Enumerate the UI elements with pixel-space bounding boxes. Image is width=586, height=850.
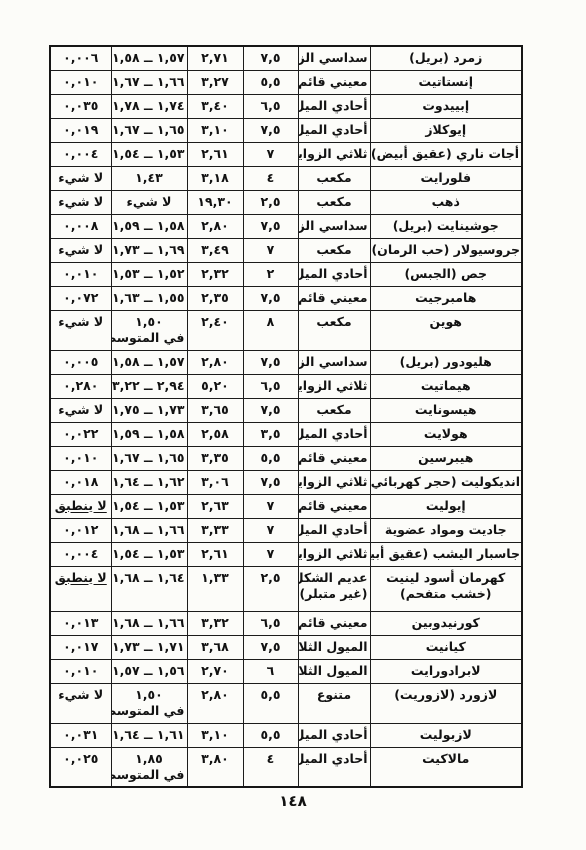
cell-density: ٣,١٨: [187, 166, 243, 190]
cell-refractive-index: لا شيء: [111, 190, 187, 214]
cell-density: ٢,٨٠: [187, 350, 243, 374]
cell-mineral-name: فلورايت: [370, 166, 522, 190]
cell-mineral-name: كهرمان أسود لينيت(خشب متفحم): [370, 566, 522, 611]
cell-hardness: ٤: [243, 166, 298, 190]
cell-mineral-name: انديكوليت (حجر كهربائي): [370, 470, 522, 494]
cell-mineral-name: إيوليت: [370, 494, 522, 518]
cell-birefringence: ٠,٠١٠: [50, 70, 111, 94]
cell-density: ٢,٥٨: [187, 422, 243, 446]
cell-crystal-system: مكعب: [298, 190, 370, 214]
cell-density: ٣,٤٠: [187, 94, 243, 118]
cell-crystal-system: أحادي الميل: [298, 723, 370, 747]
cell-mineral-name: مالاكيت: [370, 747, 522, 787]
cell-mineral-name: إنستاتيت: [370, 70, 522, 94]
mineral-row: هوينمكعب٨٢,٤٠١,٥٠في المتوسطلا شيء: [50, 310, 522, 350]
mineral-row: جروسيولار (حب الرمان)مكعب٧٣,٤٩١,٦٩ ــ ١,…: [50, 238, 522, 262]
mineral-row: زمرد (بريل)سداسي الزوايا٧,٥٢,٧١١,٥٧ ــ ١…: [50, 46, 522, 70]
cell-birefringence: ٠,٠١٣: [50, 611, 111, 635]
cell-birefringence: ٠,٠٠٤: [50, 542, 111, 566]
cell-crystal-system: أحادي الميل: [298, 118, 370, 142]
cell-birefringence: ٠,٢٨٠: [50, 374, 111, 398]
cell-mineral-name: إيوكلاز: [370, 118, 522, 142]
cell-crystal-system: عديم الشكل(غير متبلر): [298, 566, 370, 611]
cell-mineral-name: هولايت: [370, 422, 522, 446]
cell-density: ٣,٣٢: [187, 611, 243, 635]
cell-density: ٣,٨٠: [187, 747, 243, 787]
mineral-row: هيسونايتمكعب٧,٥٣,٦٥١,٧٣ ــ ١,٧٥لا شيء: [50, 398, 522, 422]
cell-hardness: ٢: [243, 262, 298, 286]
mineral-row: هليودور (بريل)سداسي الزوايا٧,٥٢,٨٠١,٥٧ ـ…: [50, 350, 522, 374]
cell-mineral-name: جوشينايت (بريل): [370, 214, 522, 238]
cell-birefringence: ٠,٠١٧: [50, 635, 111, 659]
cell-birefringence: لا شيء: [50, 238, 111, 262]
cell-crystal-system: سداسي الزوايا: [298, 350, 370, 374]
cell-birefringence: ٠,٠١٠: [50, 446, 111, 470]
cell-refractive-index: ١,٥٣ ــ ١,٥٤: [111, 142, 187, 166]
cell-refractive-index: ١,٥٧ ــ ١,٥٨: [111, 350, 187, 374]
cell-mineral-name: جص (الجبس): [370, 262, 522, 286]
mineral-row: ذهبمكعب٢,٥١٩,٣٠لا شيءلا شيء: [50, 190, 522, 214]
mineral-row: هولايتأحادي الميل٣,٥٢,٥٨١,٥٨ ــ ١,٥٩٠,٠٢…: [50, 422, 522, 446]
cell-hardness: ٧: [243, 494, 298, 518]
cell-crystal-system: معيني قائم: [298, 611, 370, 635]
cell-birefringence: لا شيء: [50, 398, 111, 422]
mineral-row: لابرادورايتالميول الثلاثة٦٢,٧٠١,٥٦ ــ ١,…: [50, 659, 522, 683]
cell-crystal-system: معيني قائم: [298, 494, 370, 518]
cell-crystal-system: ثلاثي الزوايا: [298, 470, 370, 494]
cell-hardness: ٧: [243, 542, 298, 566]
cell-hardness: ٧,٥: [243, 635, 298, 659]
cell-hardness: ٧,٥: [243, 214, 298, 238]
cell-mineral-name: كورنيدوبين: [370, 611, 522, 635]
cell-refractive-index: ١,٦١ ــ ١,٦٤: [111, 723, 187, 747]
cell-density: ٣,٢٧: [187, 70, 243, 94]
cell-mineral-name: لازورد (لازوريت): [370, 683, 522, 723]
cell-refractive-index: ١,٦٢ ــ ١,٦٤: [111, 470, 187, 494]
cell-density: ٣,١٠: [187, 723, 243, 747]
cell-birefringence: ٠,٠٣١: [50, 723, 111, 747]
cell-birefringence: ٠,٠٢٢: [50, 422, 111, 446]
cell-density: ٢,٧٠: [187, 659, 243, 683]
cell-birefringence: ٠,٠١٩: [50, 118, 111, 142]
cell-birefringence: ٠,٠٧٢: [50, 286, 111, 310]
cell-refractive-index: ١,٦٥ ــ ١,٦٧: [111, 446, 187, 470]
cell-crystal-system: متنوع: [298, 683, 370, 723]
mineral-row: جص (الجبس)أحادي الميل٢٢,٣٢١,٥٢ ــ ١,٥٣٠,…: [50, 262, 522, 286]
cell-refractive-index: ١,٦٤ ــ ١,٦٨: [111, 566, 187, 611]
mineral-row: جاديت ومواد عضويةأحادي الميل٧٣,٣٣١,٦٦ ــ…: [50, 518, 522, 542]
cell-density: ٢,٦١: [187, 542, 243, 566]
cell-mineral-name: جاسبار اليشب (عقيق أبيض): [370, 542, 522, 566]
page-number: ١٤٨: [0, 792, 586, 810]
cell-hardness: ٥,٥: [243, 70, 298, 94]
cell-density: ٣,٦٨: [187, 635, 243, 659]
mineral-row: كورنيدوبينمعيني قائم٦,٥٣,٣٢١,٦٦ ــ ١,٦٨٠…: [50, 611, 522, 635]
cell-birefringence: لا شيء: [50, 190, 111, 214]
cell-birefringence: ٠,٠٣٥: [50, 94, 111, 118]
cell-density: ٥,٢٠: [187, 374, 243, 398]
cell-density: ٣,٦٥: [187, 398, 243, 422]
cell-birefringence: ٠,٠٠٤: [50, 142, 111, 166]
mineral-row: هيماتيتثلاثي الزوايا٦,٥٥,٢٠٢,٩٤ ــ ٣,٢٢٠…: [50, 374, 522, 398]
cell-crystal-system: ثلاثي الزوايا: [298, 542, 370, 566]
cell-mineral-name: لازبوليت: [370, 723, 522, 747]
cell-crystal-system: معيني قائم: [298, 286, 370, 310]
cell-refractive-index: ١,٥٠في المتوسط: [111, 683, 187, 723]
cell-density: ٣,٤٩: [187, 238, 243, 262]
minerals-table-body: زمرد (بريل)سداسي الزوايا٧,٥٢,٧١١,٥٧ ــ ١…: [50, 46, 522, 787]
cell-refractive-index: ١,٥٠في المتوسط: [111, 310, 187, 350]
cell-refractive-index: ١,٥٥ ــ ١,٦٣: [111, 286, 187, 310]
cell-hardness: ٥,٥: [243, 683, 298, 723]
cell-hardness: ٨: [243, 310, 298, 350]
mineral-row: لازورد (لازوريت)متنوع٥,٥٢,٨٠١,٥٠في المتو…: [50, 683, 522, 723]
mineral-row: جوشينايت (بريل)سداسي الزوايا٧,٥٢,٨٠١,٥٨ …: [50, 214, 522, 238]
cell-mineral-name: كيانيت: [370, 635, 522, 659]
cell-density: ١٩,٣٠: [187, 190, 243, 214]
cell-mineral-name: جاديت ومواد عضوية: [370, 518, 522, 542]
mineral-row: إيوليتمعيني قائم٧٢,٦٣١,٥٣ ــ ١,٥٤لا ينطب…: [50, 494, 522, 518]
cell-refractive-index: ١,٥٦ ــ ١,٥٧: [111, 659, 187, 683]
cell-hardness: ٤: [243, 747, 298, 787]
cell-hardness: ٢,٥: [243, 190, 298, 214]
cell-hardness: ٢,٥: [243, 566, 298, 611]
cell-birefringence: ٠,٠٠٥: [50, 350, 111, 374]
cell-birefringence: لا شيء: [50, 166, 111, 190]
cell-mineral-name: هليودور (بريل): [370, 350, 522, 374]
cell-refractive-index: ١,٥٧ ــ ١,٥٨: [111, 46, 187, 70]
mineral-row: إيوكلازأحادي الميل٧,٥٣,١٠١,٦٥ ــ ١,٦٧٠,٠…: [50, 118, 522, 142]
cell-birefringence: لا شيء: [50, 683, 111, 723]
cell-hardness: ٧: [243, 238, 298, 262]
mineral-row: لازبوليتأحادي الميل٥,٥٣,١٠١,٦١ ــ ١,٦٤٠,…: [50, 723, 522, 747]
cell-mineral-name: هيسونايت: [370, 398, 522, 422]
cell-crystal-system: أحادي الميل: [298, 518, 370, 542]
cell-refractive-index: ١,٥٢ ــ ١,٥٣: [111, 262, 187, 286]
cell-hardness: ٦,٥: [243, 374, 298, 398]
cell-hardness: ٧,٥: [243, 398, 298, 422]
cell-density: ٢,٨٠: [187, 214, 243, 238]
cell-density: ٢,٧١: [187, 46, 243, 70]
cell-birefringence: ٠,٠١٠: [50, 659, 111, 683]
cell-refractive-index: ١,٥٨ ــ ١,٥٩: [111, 422, 187, 446]
cell-mineral-name: هوين: [370, 310, 522, 350]
minerals-table: زمرد (بريل)سداسي الزوايا٧,٥٢,٧١١,٥٧ ــ ١…: [49, 45, 523, 788]
cell-birefringence: ٠,٠٢٥: [50, 747, 111, 787]
mineral-row: أجات ناري (عقيق أبيض)ثلاثي الزوايا٧٢,٦١١…: [50, 142, 522, 166]
cell-density: ٢,٤٠: [187, 310, 243, 350]
cell-density: ٢,٦١: [187, 142, 243, 166]
cell-density: ٢,٦٣: [187, 494, 243, 518]
cell-hardness: ٦,٥: [243, 94, 298, 118]
cell-birefringence: ٠,٠٠٦: [50, 46, 111, 70]
cell-hardness: ٧: [243, 518, 298, 542]
cell-refractive-index: ١,٥٨ ــ ١,٥٩: [111, 214, 187, 238]
cell-mineral-name: أجات ناري (عقيق أبيض): [370, 142, 522, 166]
cell-mineral-name: هامبرجيت: [370, 286, 522, 310]
cell-refractive-index: ١,٥٣ ــ ١,٥٤: [111, 494, 187, 518]
cell-mineral-name: جروسيولار (حب الرمان): [370, 238, 522, 262]
cell-mineral-name: لابرادورايت: [370, 659, 522, 683]
cell-crystal-system: مكعب: [298, 398, 370, 422]
mineral-row: كهرمان أسود لينيت(خشب متفحم)عديم الشكل(غ…: [50, 566, 522, 611]
cell-hardness: ٦: [243, 659, 298, 683]
cell-density: ٣,٣٥: [187, 446, 243, 470]
cell-crystal-system: ثلاثي الزوايا: [298, 374, 370, 398]
cell-mineral-name: هيماتيت: [370, 374, 522, 398]
cell-crystal-system: مكعب: [298, 310, 370, 350]
cell-density: ٣,٣٣: [187, 518, 243, 542]
cell-mineral-name: ذهب: [370, 190, 522, 214]
cell-density: ٢,٨٠: [187, 683, 243, 723]
cell-refractive-index: ١,٦٥ ــ ١,٦٧: [111, 118, 187, 142]
cell-hardness: ٧,٥: [243, 350, 298, 374]
cell-mineral-name: إبييدوت: [370, 94, 522, 118]
cell-hardness: ٧: [243, 142, 298, 166]
cell-crystal-system: أحادي الميل: [298, 422, 370, 446]
cell-birefringence: ٠,٠١٠: [50, 262, 111, 286]
cell-refractive-index: ١,٧١ ــ ١,٧٣: [111, 635, 187, 659]
mineral-row: فلورايتمكعب٤٣,١٨١,٤٣لا شيء: [50, 166, 522, 190]
cell-birefringence: لا شيء: [50, 310, 111, 350]
cell-refractive-index: ١,٦٩ ــ ١,٧٣: [111, 238, 187, 262]
mineral-row: مالاكيتأحادي الميل٤٣,٨٠١,٨٥في المتوسط٠,٠…: [50, 747, 522, 787]
cell-refractive-index: ١,٤٣: [111, 166, 187, 190]
cell-density: ١,٣٣: [187, 566, 243, 611]
mineral-row: كيانيتالميول الثلاثة٧,٥٣,٦٨١,٧١ ــ ١,٧٣٠…: [50, 635, 522, 659]
cell-hardness: ٧,٥: [243, 46, 298, 70]
cell-birefringence: لا ينطبق: [50, 494, 111, 518]
mineral-row: هامبرجيتمعيني قائم٧,٥٢,٣٥١,٥٥ ــ ١,٦٣٠,٠…: [50, 286, 522, 310]
cell-density: ٢,٣٢: [187, 262, 243, 286]
cell-density: ٣,٠٦: [187, 470, 243, 494]
cell-crystal-system: أحادي الميل: [298, 262, 370, 286]
mineral-row: إبييدوتأحادي الميل٦,٥٣,٤٠١,٧٤ ــ ١,٧٨٠,٠…: [50, 94, 522, 118]
cell-crystal-system: معيني قائم: [298, 446, 370, 470]
cell-crystal-system: معيني قائم: [298, 70, 370, 94]
cell-crystal-system: سداسي الزوايا: [298, 46, 370, 70]
cell-hardness: ٧,٥: [243, 470, 298, 494]
cell-birefringence: ٠,٠١٨: [50, 470, 111, 494]
cell-birefringence: ٠,٠٠٨: [50, 214, 111, 238]
cell-hardness: ٥,٥: [243, 446, 298, 470]
cell-crystal-system: ثلاثي الزوايا: [298, 142, 370, 166]
cell-crystal-system: الميول الثلاثة: [298, 635, 370, 659]
mineral-row: هيبرسينمعيني قائم٥,٥٣,٣٥١,٦٥ ــ ١,٦٧٠,٠١…: [50, 446, 522, 470]
cell-density: ٣,١٠: [187, 118, 243, 142]
cell-refractive-index: ١,٥٣ ــ ١,٥٤: [111, 542, 187, 566]
cell-crystal-system: أحادي الميل: [298, 94, 370, 118]
cell-hardness: ٧,٥: [243, 118, 298, 142]
cell-crystal-system: مكعب: [298, 238, 370, 262]
cell-refractive-index: ١,٧٣ ــ ١,٧٥: [111, 398, 187, 422]
cell-hardness: ٧,٥: [243, 286, 298, 310]
mineral-row: جاسبار اليشب (عقيق أبيض)ثلاثي الزوايا٧٢,…: [50, 542, 522, 566]
cell-mineral-name: زمرد (بريل): [370, 46, 522, 70]
cell-crystal-system: أحادي الميل: [298, 747, 370, 787]
cell-mineral-name: هيبرسين: [370, 446, 522, 470]
cell-hardness: ٣,٥: [243, 422, 298, 446]
cell-density: ٢,٣٥: [187, 286, 243, 310]
cell-crystal-system: الميول الثلاثة: [298, 659, 370, 683]
cell-refractive-index: ١,٦٦ ــ ١,٦٨: [111, 518, 187, 542]
cell-hardness: ٥,٥: [243, 723, 298, 747]
cell-refractive-index: ١,٧٤ ــ ١,٧٨: [111, 94, 187, 118]
cell-refractive-index: ١,٦٦ ــ ١,٦٨: [111, 611, 187, 635]
cell-crystal-system: سداسي الزوايا: [298, 214, 370, 238]
mineral-row: انديكوليت (حجر كهربائي)ثلاثي الزوايا٧,٥٣…: [50, 470, 522, 494]
cell-birefringence: ٠,٠١٢: [50, 518, 111, 542]
cell-refractive-index: ١,٨٥في المتوسط: [111, 747, 187, 787]
cell-hardness: ٦,٥: [243, 611, 298, 635]
mineral-row: إنستاتيتمعيني قائم٥,٥٣,٢٧١,٦٦ ــ ١,٦٧٠,٠…: [50, 70, 522, 94]
cell-refractive-index: ١,٦٦ ــ ١,٦٧: [111, 70, 187, 94]
scanned-book-page: زمرد (بريل)سداسي الزوايا٧,٥٢,٧١١,٥٧ ــ ١…: [0, 0, 586, 850]
cell-birefringence: لا ينطبق: [50, 566, 111, 611]
cell-refractive-index: ٢,٩٤ ــ ٣,٢٢: [111, 374, 187, 398]
cell-crystal-system: مكعب: [298, 166, 370, 190]
